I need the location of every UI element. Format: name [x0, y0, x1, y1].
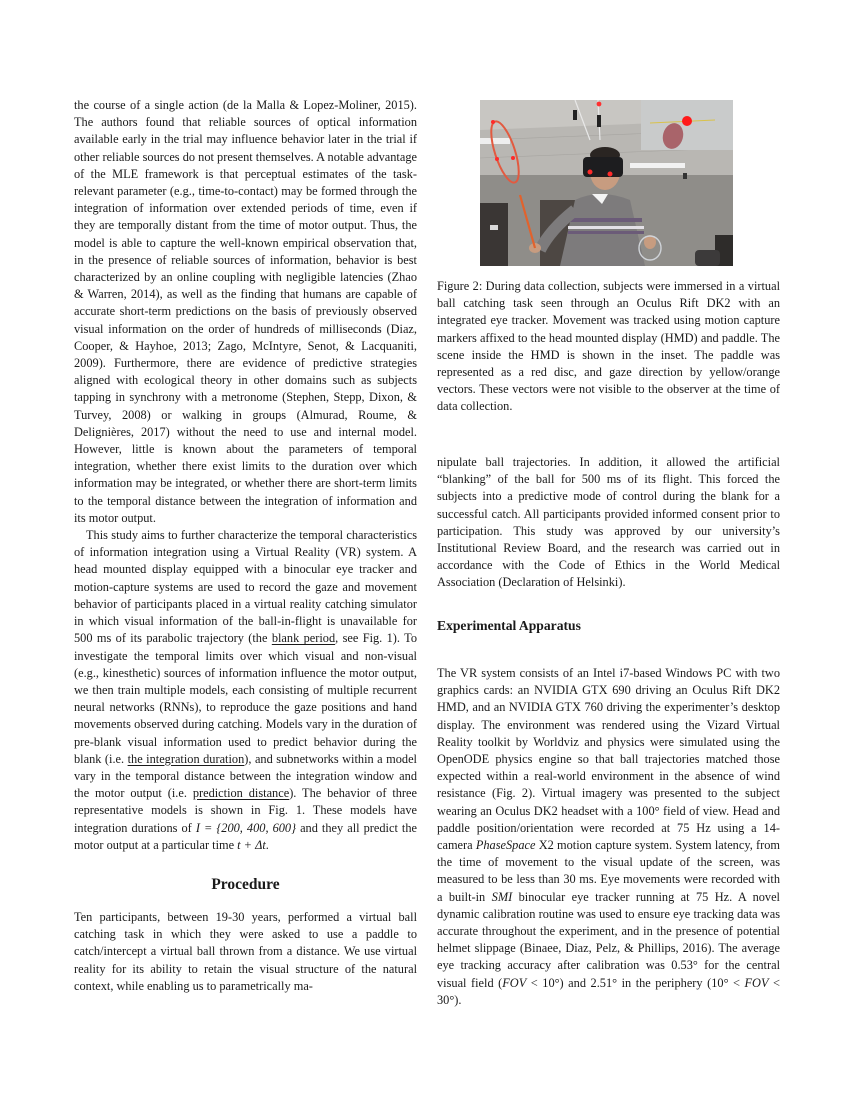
procedure-continued-paragraph: nipulate ball trajectories. In addition,… — [437, 454, 780, 592]
term-integration-duration: the integration duration — [128, 752, 245, 766]
right-column-top: nipulate ball trajectories. In addition,… — [437, 454, 780, 592]
figure-2-caption: Figure 2: During data collection, subjec… — [437, 278, 780, 416]
procedure-heading: Procedure — [74, 875, 417, 895]
right-column-bottom: The VR system consists of an Intel i7-ba… — [437, 665, 780, 1009]
study-aims-paragraph: This study aims to further characterize … — [74, 527, 417, 854]
math-time-offset: t + Δt — [237, 838, 266, 852]
term-blank-period: blank period — [272, 631, 335, 645]
term-smi: SMI — [492, 890, 513, 904]
term-prediction-distance: prediction distance — [193, 786, 289, 800]
experimental-apparatus-heading: Experimental Apparatus — [437, 617, 581, 635]
math-fov: FOV — [502, 976, 526, 990]
procedure-paragraph: Ten participants, between 19-30 years, p… — [74, 909, 417, 995]
math-fov: FOV — [745, 976, 769, 990]
vr-lab-photo-illustration — [480, 100, 733, 266]
figure-2-photo — [480, 100, 733, 266]
apparatus-paragraph: The VR system consists of an Intel i7-ba… — [437, 665, 780, 1009]
math-integration-set: I = {200, 400, 600} — [196, 821, 296, 835]
term-phasespace: PhaseSpace — [476, 838, 536, 852]
intro-paragraph: the course of a single action (de la Mal… — [74, 97, 417, 527]
left-column: the course of a single action (de la Mal… — [74, 97, 417, 995]
